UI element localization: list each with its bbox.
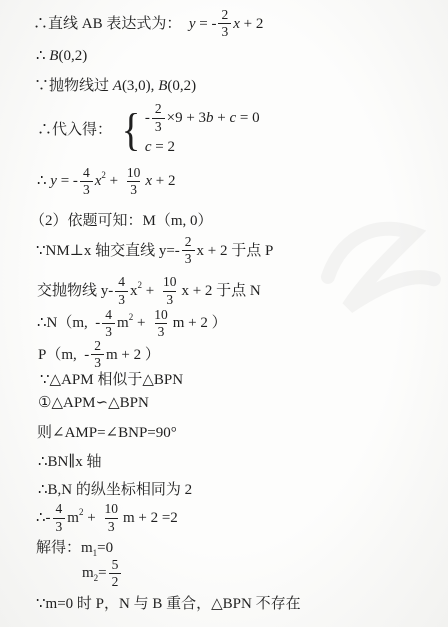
text-run: （2）依题可知：M（m, 0） [30,211,213,231]
superscript: 2 [101,165,106,185]
text-run: + [106,171,122,191]
fraction: 43 [53,502,66,533]
equation-system-rows: -23×9 + 3b + c = 0c = 2 [145,102,260,156]
text-run: m + 2 ） [173,313,227,333]
fraction: 23 [182,235,195,266]
line-point-p: P（m, -23m + 2 ） [38,339,448,370]
line-bn-parallel: ∴BN∥x 轴 [38,452,448,472]
text-run: = 2 [152,137,175,157]
text-run: m [82,563,94,583]
line-similar-triangles: ∵△APM 相似于△BPN [40,370,448,390]
text-run: 交抛物线 y- [37,281,113,301]
fraction: 52 [109,558,122,589]
text-run: ∵NM⊥x 轴交直线 y=- [36,241,180,261]
text-run: 解得：m [36,538,93,558]
line-parabola-through: ∵抛物线过 A(3,0), B(0,2) [34,76,448,96]
superscript: 2 [138,275,143,295]
fraction: 103 [151,308,171,339]
line-same-ordinate: ∴B,N 的纵坐标相同为 2 [38,480,448,500]
text-run: = - [57,171,78,191]
fraction-numerator: 10 [124,166,144,181]
math-variable: y [50,171,57,191]
text-run: ∴BN∥x 轴 [38,452,102,472]
fraction-denominator: 3 [102,323,115,339]
fraction: 43 [102,308,115,339]
line-part2-point-m: （2）依题可知：M（m, 0） [30,211,448,231]
fraction-denominator: 3 [163,291,176,307]
text-run: ∵m=0 时 P，N 与 B 重合，△BPN 不存在 [36,594,301,614]
text-run: ∴代入得： [37,120,116,140]
text-run: ∴直线 AB 表达式为： [33,14,189,34]
line-ab-expression: ∴直线 AB 表达式为： y = -23x + 2 [33,8,448,39]
math-variable: b [206,108,214,128]
fraction-denominator: 3 [182,250,195,266]
fraction-denominator: 3 [53,518,66,534]
fraction-denominator: 3 [152,118,165,134]
math-variable: x [95,171,102,191]
fraction-denominator: 3 [155,323,168,339]
fraction-denominator: 3 [105,518,118,534]
math-variable: B [49,46,58,66]
math-variable: x [233,14,240,34]
fraction-denominator: 3 [127,181,140,197]
fraction-numerator: 2 [182,235,195,250]
equation-system-row: -23×9 + 3b + c = 0 [145,102,260,133]
line-m0-conclusion: ∵m=0 时 P，N 与 B 重合，△BPN 不存在 [36,594,448,614]
text-run: + 2 [240,14,263,34]
fraction-numerator: 10 [151,308,171,323]
fraction-numerator: 4 [102,308,115,323]
text-run: m [117,313,129,333]
fraction: 43 [80,166,93,197]
math-variable: c [145,137,152,157]
text-run: =0 [97,538,113,558]
text-run: ∴- [36,508,51,528]
fraction-numerator: 4 [115,275,128,290]
line-point-n: ∴N（m, -43m2 + 103m + 2 ） [37,308,448,339]
text-run: (0,2) [58,46,87,66]
text-run: ①△APM∽△BPN [38,393,149,413]
line-solve-m1: 解得：m1=0 [36,538,448,558]
text-run: = - [196,14,217,34]
line-equation-m: ∴-43m2 + 103m + 2 =2 [36,502,448,533]
fraction-numerator: 10 [160,275,180,290]
subscript: 2 [94,568,99,588]
math-variable: x [145,171,152,191]
fraction-denominator: 3 [115,291,128,307]
fraction-denominator: 3 [91,354,104,370]
equation-system: {-23×9 + 3b + c = 0c = 2 [120,102,260,156]
superscript: 2 [79,502,84,522]
line-parabola-equation: ∴ y = -43x2 + 103x + 2 [37,166,448,197]
text-run: ∴ [37,171,50,191]
fraction-denominator: 2 [109,573,122,589]
fraction-denominator: 3 [218,23,231,39]
fraction-numerator: 2 [152,102,165,117]
text-run: (3,0), [122,76,158,96]
math-variable: y [189,14,196,34]
line-solve-m2: m2=52 [82,558,448,589]
superscript: 2 [129,307,134,327]
math-variable: c [230,108,237,128]
fraction-numerator: 2 [91,339,104,354]
fraction-numerator: 4 [80,166,93,181]
line-nm-perpendicular: ∵NM⊥x 轴交直线 y=-23x + 2 于点 P [36,235,448,266]
text-run: 则∠AMP=∠BNP=90° [37,423,177,443]
text-run: + [133,313,149,333]
line-intersect-parabola: 交抛物线 y-43x2 + 103x + 2 于点 N [37,275,448,306]
text-run: + [142,281,158,301]
line-angles-equal: 则∠AMP=∠BNP=90° [37,423,448,443]
subscript: 1 [93,543,98,563]
fraction: 23 [152,102,165,133]
text-run: = 0 [236,108,259,128]
document-body: ∴直线 AB 表达式为： y = -23x + 2∴ B(0,2)∵抛物线过 A… [0,0,448,614]
fraction: 103 [160,275,180,306]
left-brace-icon: { [121,107,140,153]
text-run: x [130,281,138,301]
text-run: m + 2 ） [106,345,160,365]
fraction-numerator: 2 [218,8,231,23]
text-run: ∵抛物线过 [34,76,113,96]
text-run: ∴ [36,46,49,66]
text-run: (0,2) [167,76,196,96]
line-point-b: ∴ B(0,2) [36,46,448,66]
fraction-denominator: 3 [80,181,93,197]
fraction: 103 [101,502,121,533]
text-run: + 2 [152,171,175,191]
line-case1-similar: ①△APM∽△BPN [38,393,448,413]
text-run: P（m, - [38,345,89,365]
line-substitute-system: ∴代入得： {-23×9 + 3b + c = 0c = 2 [37,102,448,156]
text-run: m + 2 =2 [123,508,178,528]
text-run: ∴B,N 的纵坐标相同为 2 [38,480,192,500]
fraction: 23 [218,8,231,39]
text-run: m [67,508,79,528]
fraction-numerator: 5 [109,558,122,573]
text-run: + [83,508,99,528]
text-run: x + 2 于点 P [197,241,274,261]
fraction: 23 [91,339,104,370]
text-run: ∵△APM 相似于△BPN [40,370,183,390]
text-run: + [214,108,230,128]
text-run: ×9 + 3 [167,108,206,128]
math-variable: B [158,76,167,96]
equation-system-row: c = 2 [145,137,175,157]
fraction: 103 [124,166,144,197]
text-run: x + 2 于点 N [181,281,260,301]
text-run: - [145,108,150,128]
math-variable: A [113,76,122,96]
fraction: 43 [115,275,128,306]
text-run: = [98,563,106,583]
fraction-numerator: 4 [53,502,66,517]
text-run: ∴N（m, - [37,313,100,333]
fraction-numerator: 10 [101,502,121,517]
